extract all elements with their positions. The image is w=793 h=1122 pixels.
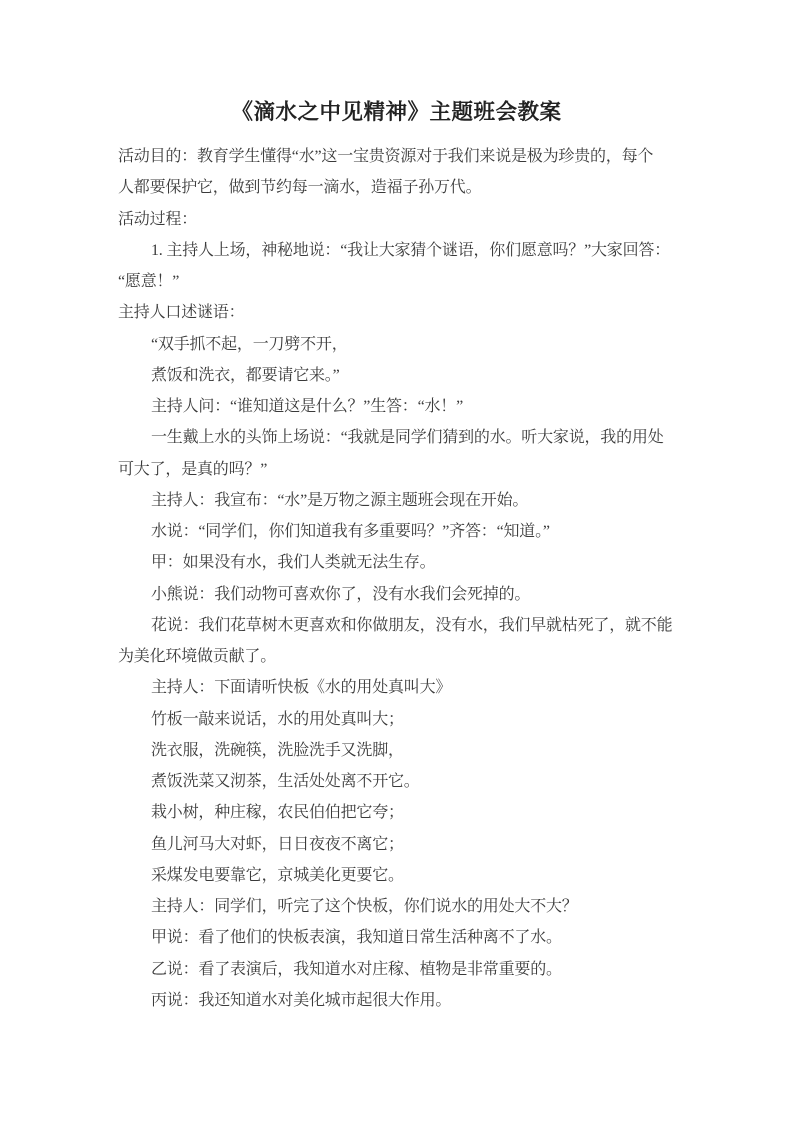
document-line: 乙说：看了表演后，我知道水对庄稼、植物是非常重要的。: [118, 954, 698, 985]
document-line: 水说：“同学们，你们知道我有多重要吗？”齐答：“知道。”: [118, 516, 698, 547]
document-line: 煮饭和洗衣，都要请它来。”: [118, 360, 698, 391]
document-line: 甲说：看了他们的快板表演，我知道日常生活种离不了水。: [118, 922, 698, 953]
document-line: 主持人问：“谁知道这是什么？”生答：“水！”: [118, 391, 698, 422]
document-line: 一生戴上水的头饰上场说：“我就是同学们猜到的水。听大家说，我的用处: [118, 422, 698, 453]
document-line: “愿意！”: [118, 266, 698, 297]
document-line: 人都要保护它，做到节约每一滴水，造福子孙万代。: [118, 172, 698, 203]
document-page: 《滴水之中见精神》主题班会教案 活动目的：教育学生懂得“水”这一宝贵资源对于我们…: [0, 0, 793, 1122]
document-line: 栽小树，种庄稼，农民伯伯把它夸；: [118, 797, 698, 828]
document-line: 1. 主持人上场，神秘地说：“我让大家猜个谜语，你们愿意吗？”大家回答：: [118, 235, 698, 266]
document-line: 鱼儿河马大对虾，日日夜夜不离它；: [118, 829, 698, 860]
document-line: 花说：我们花草树木更喜欢和你做朋友，没有水，我们早就枯死了，就不能: [118, 610, 698, 641]
document-line: “双手抓不起，一刀劈不开，: [118, 329, 698, 360]
document-line: 活动过程：: [118, 204, 698, 235]
document-line: 活动目的：教育学生懂得“水”这一宝贵资源对于我们来说是极为珍贵的，每个: [118, 141, 698, 172]
document-line: 主持人：下面请听快板《水的用处真叫大》: [118, 672, 698, 703]
document-line: 可大了，是真的吗？”: [118, 454, 698, 485]
document-title: 《滴水之中见精神》主题班会教案: [0, 97, 793, 127]
document-line: 小熊说：我们动物可喜欢你了，没有水我们会死掉的。: [118, 579, 698, 610]
document-line: 主持人：同学们，听完了这个快板，你们说水的用处大不大？: [118, 891, 698, 922]
document-line: 为美化环境做贡献了。: [118, 641, 698, 672]
document-line: 煮饭洗菜又沏茶，生活处处离不开它。: [118, 766, 698, 797]
document-body: 活动目的：教育学生懂得“水”这一宝贵资源对于我们来说是极为珍贵的，每个人都要保护…: [118, 141, 698, 1016]
document-line: 丙说：我还知道水对美化城市起很大作用。: [118, 985, 698, 1016]
document-line: 竹板一敲来说话，水的用处真叫大；: [118, 704, 698, 735]
document-line: 洗衣服，洗碗筷，洗脸洗手又洗脚，: [118, 735, 698, 766]
document-line: 甲：如果没有水，我们人类就无法生存。: [118, 547, 698, 578]
document-line: 采煤发电要靠它，京城美化更要它。: [118, 860, 698, 891]
document-line: 主持人口述谜语：: [118, 297, 698, 328]
document-line: 主持人：我宣布：“水”是万物之源主题班会现在开始。: [118, 485, 698, 516]
